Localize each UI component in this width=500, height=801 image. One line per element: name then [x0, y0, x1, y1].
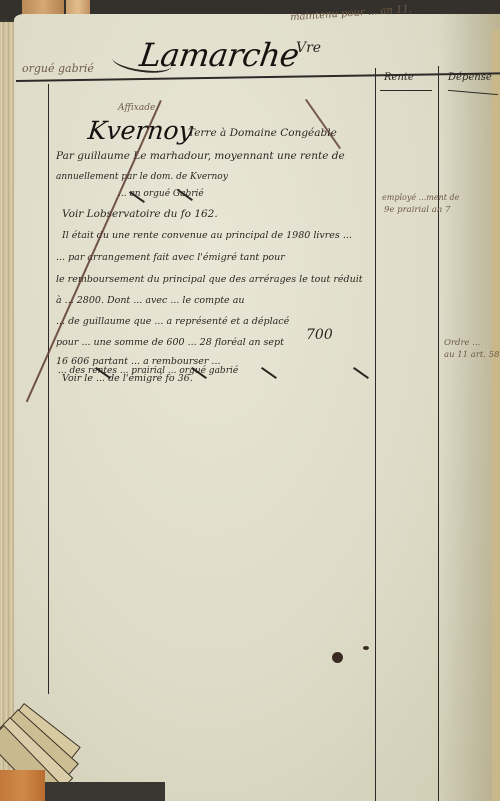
entry-line: pour ... une somme de 600 ... 28 floréal… [56, 337, 284, 348]
entry-line: Terre à Domaine Congéable [188, 127, 337, 139]
rente-note: employé ...ment de [382, 193, 459, 202]
entry-line: annuellement par le dom. de Kvernoy [56, 172, 228, 182]
entry-line: ... de guillaume que ... a représenté et… [56, 316, 289, 327]
title-suffix: Vre [296, 40, 321, 56]
entry-name: Kvernoy [86, 116, 194, 145]
margin-rule [48, 84, 49, 694]
header-left-note: orgué gabrié [22, 62, 94, 75]
ink-blot [332, 652, 343, 663]
entry-line: Par guillaume Le marhadour, moyennant un… [56, 150, 345, 162]
page-edge [492, 30, 500, 801]
entry-line: Voir Lobservatoire du fo 162. [62, 208, 218, 220]
page-title: Lamarche [137, 36, 301, 74]
rente-underline [380, 90, 432, 91]
column-divider-rente [375, 68, 376, 801]
depense-note: au 11 art. 58. [444, 350, 500, 360]
depense-note: Ordre ... [444, 338, 480, 348]
column-header-depense: Dépense [448, 72, 492, 83]
wooden-support [0, 770, 45, 801]
column-header-rente: Rente [384, 72, 414, 83]
entry-amount: 700 [306, 327, 333, 343]
ink-blot [363, 646, 369, 650]
entry-line-crossed: ... des rentes ... prairial ... orgué ga… [58, 366, 238, 376]
entry-superscript-note: Affixade [118, 103, 155, 113]
entry-line: à ... 2800. Dont ... avec ... le compte … [56, 295, 244, 306]
rente-note: 9e prairial an 7 [384, 205, 450, 215]
photo-background-bottom [45, 782, 165, 801]
entry-line: Il était du une rente convenue au princi… [62, 230, 352, 241]
entry-line: le remboursement du principal que des ar… [56, 274, 363, 285]
page-shadow [440, 14, 500, 801]
column-divider-depense [438, 66, 439, 801]
